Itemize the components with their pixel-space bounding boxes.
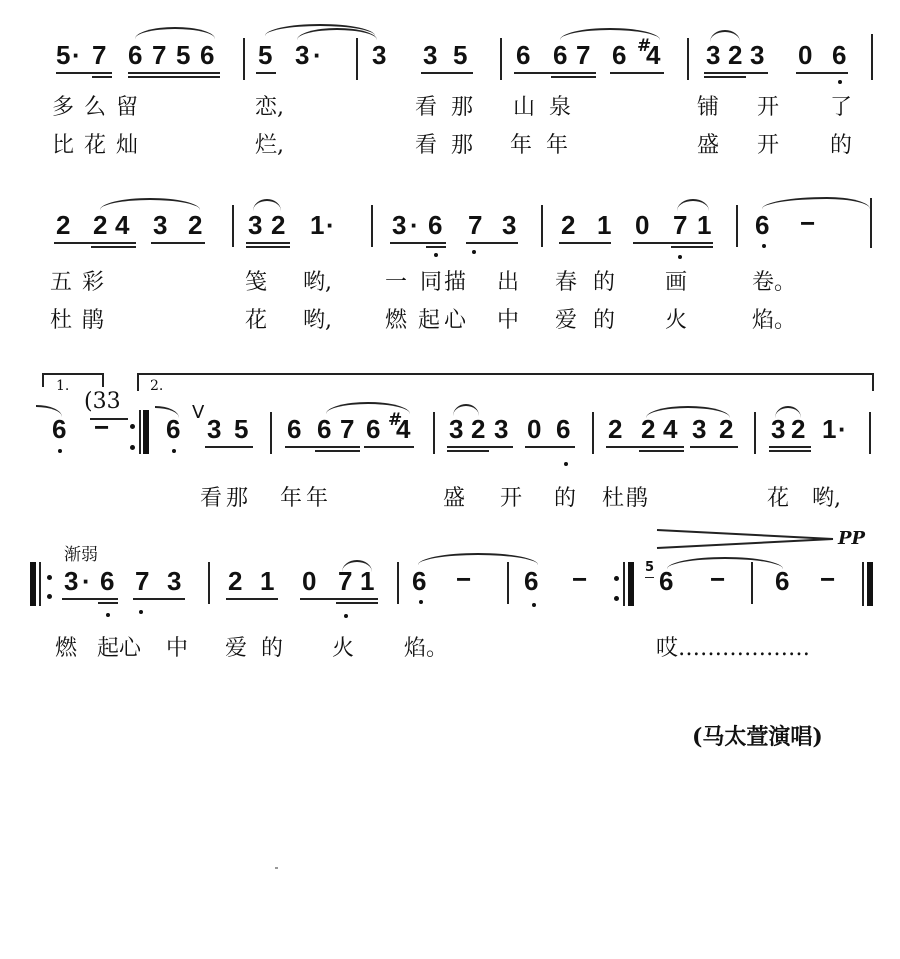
barline: [592, 412, 594, 454]
barline: [687, 38, 689, 80]
note: 3: [295, 40, 309, 70]
note: 2: [719, 414, 733, 444]
barline: [39, 562, 41, 606]
tie: [418, 553, 538, 565]
low-octave-dot: [838, 80, 842, 84]
repeat-dot: [47, 575, 52, 580]
barline: [232, 205, 234, 247]
low-octave-dot: [532, 603, 536, 607]
note: 3: [502, 210, 516, 240]
note: 7: [135, 566, 149, 596]
note: 2: [561, 210, 575, 240]
beam: [256, 72, 276, 74]
note: 3: [392, 210, 406, 240]
dash: −: [800, 208, 815, 238]
slur: [710, 30, 740, 42]
lyric: 春的: [555, 270, 631, 296]
dash: −: [456, 564, 471, 594]
lyric: 同描: [420, 270, 468, 296]
note: 0: [302, 566, 316, 596]
note: 3: [692, 414, 706, 444]
volta-bracket-1: [42, 373, 104, 387]
note: 6: [755, 210, 769, 240]
note: 2: [608, 414, 622, 444]
slur: [135, 27, 215, 39]
note: 7: [92, 40, 106, 70]
augmentation-dot: ·: [313, 40, 322, 70]
note: 2: [188, 210, 202, 240]
note: 3: [771, 414, 785, 444]
note: 3: [750, 40, 764, 70]
note: 3: [449, 414, 463, 444]
lyric: 恋,: [255, 95, 284, 121]
lyric: 看那: [200, 486, 252, 512]
lyric: 花: [767, 486, 789, 512]
grace-note: 5: [645, 560, 654, 575]
lyric: 笺: [245, 270, 267, 296]
beam: [390, 242, 446, 244]
slur: [342, 560, 372, 572]
lyric: 山泉: [513, 95, 585, 121]
decrescendo-hairpin: [655, 528, 835, 550]
low-octave-dot: [344, 614, 348, 618]
beam: [514, 72, 596, 74]
note: 1: [697, 210, 711, 240]
lyric: 燃: [385, 308, 407, 334]
beam: [769, 450, 811, 452]
beam: [690, 446, 738, 448]
low-octave-dot: [58, 449, 62, 453]
note: 4: [115, 210, 129, 240]
note: 6: [524, 566, 538, 596]
note: 0: [798, 40, 812, 70]
beam: [421, 72, 473, 74]
lyric-vocalise: 哎………………: [656, 636, 810, 662]
note: 6: [128, 40, 142, 70]
beam: [610, 72, 664, 74]
beam: [98, 602, 118, 604]
note: 1: [310, 210, 324, 240]
beam: [128, 72, 220, 74]
beam: [246, 246, 290, 248]
beam: [466, 242, 518, 244]
beam: [92, 76, 112, 78]
lyric: 卷。: [752, 270, 796, 296]
beam: [525, 446, 575, 448]
beam: [205, 446, 253, 448]
note: 3: [706, 40, 720, 70]
note: 3: [423, 40, 437, 70]
dash: −: [572, 564, 587, 594]
lyric: 中: [497, 308, 519, 334]
lyric: 杜鹃: [50, 308, 114, 334]
note: 1: [260, 566, 274, 596]
barline: [751, 562, 753, 604]
beam: [285, 446, 360, 448]
repeat-dot: [47, 594, 52, 599]
low-octave-dot: [434, 253, 438, 257]
note: 2: [93, 210, 107, 240]
note: 2: [271, 210, 285, 240]
beam: [551, 76, 596, 78]
note: 3: [153, 210, 167, 240]
note: 6: [317, 414, 331, 444]
note: 7: [468, 210, 482, 240]
beam: [704, 72, 768, 74]
lyric: 了: [830, 95, 852, 121]
lyric: 焰。: [752, 308, 796, 334]
beam: [633, 242, 713, 244]
lyric: 比花灿: [52, 133, 148, 159]
low-octave-dot: [678, 255, 682, 259]
barline: [433, 412, 435, 454]
breath-mark: V: [192, 402, 204, 423]
lyric: 的: [830, 133, 852, 159]
lyric: 看那: [415, 133, 487, 159]
note: 7: [152, 40, 166, 70]
lyric: 杜鹃: [602, 486, 650, 512]
lyric: 盛: [697, 133, 719, 159]
note: 1: [822, 414, 836, 444]
beam: [151, 242, 205, 244]
lyric: 哟,: [303, 270, 332, 296]
note: 6: [200, 40, 214, 70]
beam: [704, 76, 746, 78]
note: 2: [728, 40, 742, 70]
beam: [62, 598, 118, 600]
volta-bracket-2: [137, 373, 874, 391]
barline: [397, 562, 399, 604]
lyric: 开: [757, 133, 779, 159]
slur: [100, 198, 200, 210]
note: 5: [56, 40, 70, 70]
start-repeat-barline: [30, 562, 36, 606]
beam: [315, 450, 360, 452]
beam: [300, 598, 378, 600]
lyric: 焰。: [404, 636, 448, 662]
beam: [246, 242, 290, 244]
barline: [623, 562, 625, 606]
note: 2: [641, 414, 655, 444]
note: 6: [775, 566, 789, 596]
low-octave-dot: [472, 250, 476, 254]
lyric: 开: [500, 486, 522, 512]
repeat-dot: [614, 596, 619, 601]
expression-decrescendo-text: 渐弱: [64, 540, 98, 565]
augmentation-dot: ·: [82, 566, 91, 596]
augmentation-dot: ·: [838, 414, 847, 444]
repeat-dot: [130, 445, 135, 450]
lyric: 中: [166, 636, 188, 662]
beam: [447, 450, 489, 452]
note: 6: [412, 566, 426, 596]
barline: [500, 38, 502, 80]
note: 6: [612, 40, 626, 70]
lyric: 年年: [280, 486, 332, 512]
note: 7: [576, 40, 590, 70]
speck: [275, 867, 278, 869]
lyric: 一: [385, 270, 407, 296]
dash: −: [820, 564, 835, 594]
lyric: 年年: [510, 133, 582, 159]
end-repeat-barline: [143, 410, 149, 454]
note: 5: [176, 40, 190, 70]
note: 6: [516, 40, 530, 70]
lyric: 火: [332, 636, 354, 662]
note: 0: [635, 210, 649, 240]
note: 3: [248, 210, 262, 240]
barline: [541, 205, 543, 247]
note: 4: [396, 414, 410, 444]
lyric: 哟,: [303, 308, 332, 334]
lyric: 出: [497, 270, 519, 296]
barline: [371, 205, 373, 247]
tie: [762, 197, 870, 209]
barline: [871, 34, 873, 80]
low-octave-dot: [139, 610, 143, 614]
grace-paren: (33: [84, 389, 121, 414]
note: 4: [646, 40, 660, 70]
note: 2: [471, 414, 485, 444]
lyric: 爱的: [225, 636, 297, 662]
lyric: 五彩: [50, 270, 114, 296]
note: 2: [228, 566, 242, 596]
augmentation-dot: ·: [326, 210, 335, 240]
final-barline: [867, 562, 873, 606]
augmentation-dot: ·: [410, 210, 419, 240]
lyric: 起心: [97, 636, 141, 662]
note: 2: [56, 210, 70, 240]
barline: [736, 205, 738, 247]
lyric: 多么留: [52, 95, 148, 121]
beam: [796, 72, 848, 74]
lyric: 盛: [443, 486, 465, 512]
lyric: 看那: [415, 95, 487, 121]
note: 2: [791, 414, 805, 444]
note: 3: [494, 414, 508, 444]
low-octave-dot: [564, 462, 568, 466]
lyric: 开: [757, 95, 779, 121]
beam: [447, 446, 513, 448]
note: 7: [340, 414, 354, 444]
barline: [870, 198, 872, 248]
beam: [91, 246, 136, 248]
note: 3: [64, 566, 78, 596]
note: 6: [52, 414, 66, 444]
slur: [677, 199, 709, 211]
lyric: 起心: [418, 308, 470, 334]
barline: [270, 412, 272, 454]
lyric: 花: [245, 308, 267, 334]
lyric: 燃: [55, 636, 77, 662]
note: 6: [553, 40, 567, 70]
lyric: 铺: [697, 95, 719, 121]
barline: [139, 410, 141, 454]
note: 3: [207, 414, 221, 444]
barline: [208, 562, 210, 604]
beam: [426, 246, 446, 248]
beam: [56, 72, 112, 74]
barline: [869, 412, 871, 454]
volta-label-2: 2.: [150, 378, 163, 394]
note: 6: [832, 40, 846, 70]
beam: [336, 602, 378, 604]
augmentation-dot: ·: [72, 40, 81, 70]
note: 5: [234, 414, 248, 444]
dynamic-pp: PP: [838, 528, 865, 549]
note: 5: [258, 40, 272, 70]
barline: [356, 38, 358, 80]
beam: [606, 446, 684, 448]
barline: [862, 562, 864, 606]
repeat-dot: [614, 576, 619, 581]
lyric: 画: [665, 270, 687, 296]
lyric: 火: [665, 308, 687, 334]
note: 6: [428, 210, 442, 240]
note: 1: [597, 210, 611, 240]
slur: [453, 404, 479, 416]
note: 4: [663, 414, 677, 444]
slur: [326, 402, 410, 414]
beam: [226, 598, 278, 600]
beam: [769, 446, 811, 448]
volta-label-1: 1.: [56, 378, 69, 394]
slur: [560, 28, 660, 40]
performer-credit: (马太萱演唱): [692, 720, 823, 751]
note: 6: [659, 566, 673, 596]
note: 3: [167, 566, 181, 596]
beam: [54, 242, 136, 244]
slur: [253, 199, 281, 211]
low-octave-dot: [762, 244, 766, 248]
note: 6: [100, 566, 114, 596]
repeat-dot: [130, 424, 135, 429]
beam: [133, 598, 185, 600]
note: 0: [527, 414, 541, 444]
lyric: 的: [554, 486, 576, 512]
lyric: 哟,: [812, 486, 841, 512]
note: 3: [372, 40, 386, 70]
note: 6: [556, 414, 570, 444]
low-octave-dot: [172, 449, 176, 453]
barline: [754, 412, 756, 454]
note: 6: [166, 414, 180, 444]
lyric: 爱的: [555, 308, 631, 334]
tie: [667, 557, 783, 569]
grace-beam: [645, 577, 654, 578]
low-octave-dot: [419, 600, 423, 604]
beam: [671, 246, 713, 248]
end-repeat-barline: [628, 562, 634, 606]
note: 7: [673, 210, 687, 240]
barline: [243, 38, 245, 80]
beam: [639, 450, 684, 452]
low-octave-dot: [106, 613, 110, 617]
beam: [559, 242, 611, 244]
slur: [646, 406, 730, 418]
beam: [364, 446, 414, 448]
note: 5: [453, 40, 467, 70]
note: 6: [366, 414, 380, 444]
beam: [128, 76, 220, 78]
dash: −: [94, 412, 109, 442]
barline: [507, 562, 509, 604]
lyric: 烂,: [255, 133, 284, 159]
note: 6: [287, 414, 301, 444]
slur: [775, 406, 801, 418]
